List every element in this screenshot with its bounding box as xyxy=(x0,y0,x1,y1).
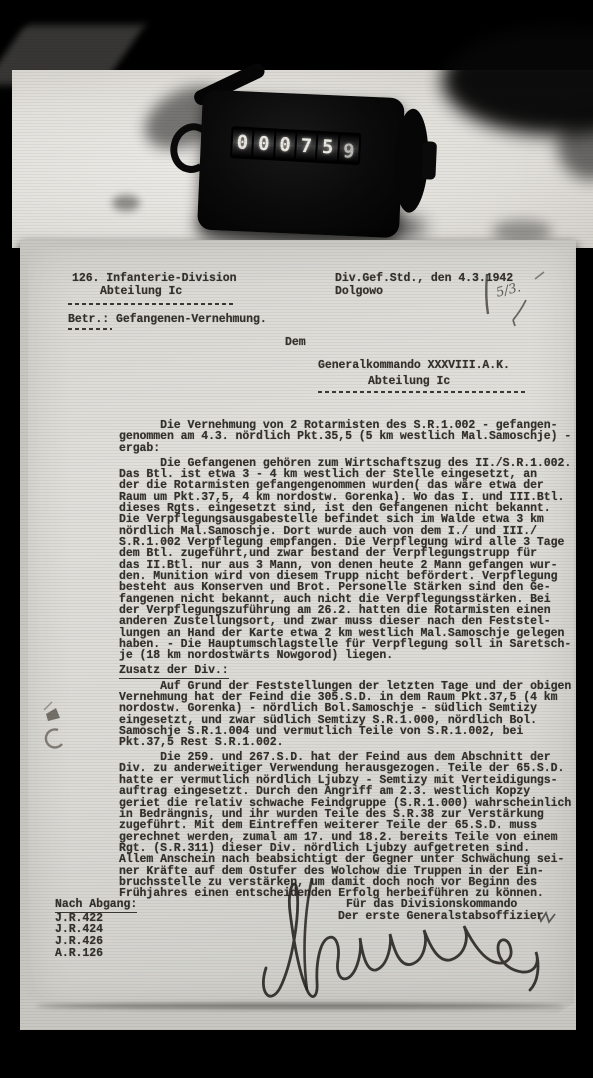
subject-line: Betr.: Gefangenen-Vernehmung. xyxy=(68,314,267,325)
distribution-list: Nach Abgang: J.R.422 J.R.424 J.R.426 A.R… xyxy=(55,899,137,960)
microfilm-frame: 0 0 0 7 5 9 126. Infanterie-Division Abt… xyxy=(0,0,593,1078)
report-body: Die Vernehmung von 2 Rotarmisten des S.R… xyxy=(119,420,585,903)
paragraph-interrogation-intro: Die Vernehmung von 2 Rotarmisten des S.R… xyxy=(119,420,585,454)
counter-digit: 0 xyxy=(232,128,253,157)
counter-digit: 0 xyxy=(275,131,296,160)
underline xyxy=(68,303,236,305)
underline xyxy=(318,391,526,393)
paragraph-division-assessment: Auf Grund der Feststellungen der letzten… xyxy=(119,681,585,749)
counter-digit-rolling: 9 xyxy=(339,134,360,163)
paragraph-prisoner-statement: Die Gefangenen gehören zum Wirtschaftszu… xyxy=(119,458,585,662)
film-blotch xyxy=(112,195,140,211)
counter-housing xyxy=(197,90,405,239)
subject-label: Betr.: xyxy=(68,313,109,326)
counter-axle xyxy=(421,141,437,180)
date-annotation-strokes xyxy=(480,268,550,338)
distribution-item: A.R.126 xyxy=(55,948,137,960)
salutation: Dem xyxy=(285,337,306,348)
film-blotch xyxy=(492,220,552,242)
frame-counter-device: 0 0 0 7 5 9 xyxy=(169,76,440,247)
sender-department: Abteilung Ic xyxy=(100,286,182,297)
place-line: Dolgowo xyxy=(335,286,383,297)
underline xyxy=(68,328,112,330)
zusatz-heading: Zusatz der Div.: xyxy=(119,665,585,678)
signature-handwriting xyxy=(250,850,580,1020)
subject-text: Gefangenen-Vernehmung. xyxy=(116,313,267,326)
counter-digit: 7 xyxy=(296,132,317,161)
film-streak xyxy=(0,25,145,85)
counter-digit: 5 xyxy=(317,133,338,162)
page-bottom-shadow xyxy=(36,1003,564,1009)
sender-unit: 126. Infanterie-Division xyxy=(72,273,236,284)
recipient-department: Abteilung Ic xyxy=(368,376,450,387)
counter-digit: 0 xyxy=(253,129,274,158)
recipient-command: Generalkommando XXXVIII.A.K. xyxy=(318,360,510,371)
paper-clip-mark xyxy=(34,700,78,760)
distribution-heading: Nach Abgang: xyxy=(55,899,137,913)
